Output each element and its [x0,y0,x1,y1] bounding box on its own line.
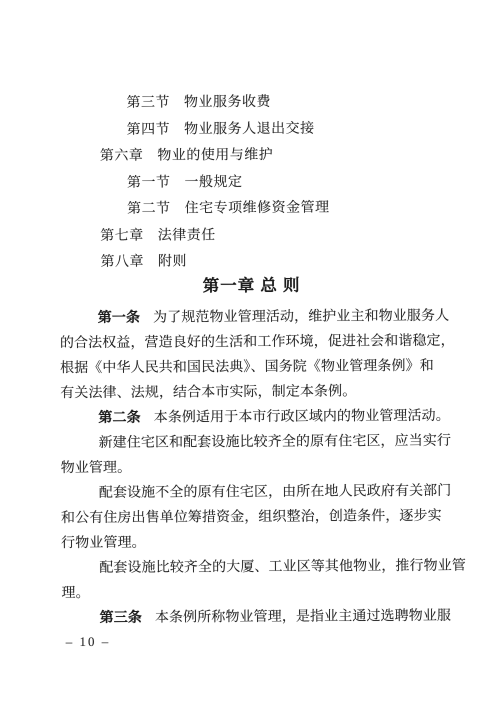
body-line: 第二条本条例适用于本市行政区域内的物业管理活动。 [98,403,444,430]
toc-entry-label: 第一节 [127,175,171,190]
body-line-text: 有关法律、法规，结合本市实际，制定本条例。 [60,384,356,401]
toc-entry-title: 物业服务收费 [184,95,271,111]
toc-entry-label: 第七章 [100,228,144,243]
toc-entry-title: 物业服务人退出交接 [184,121,315,137]
body-line: 配套设施比较齐全的大厦、工业区等其他物业，推行物业管 [99,553,445,580]
body-line: 行物业管理。 [61,528,445,555]
body-line-text: 配套设施比较齐全的大厦、工业区等其他物业，推行物业管 [99,558,466,575]
body-line-text: 本条例适用于本市行政区域内的物业管理活动。 [154,408,450,425]
body-line: 根据《中华人民共和国民法典》、国务院《物业管理条例》和 [60,353,444,380]
toc-entry: 第六章物业的使用与维护 [100,142,443,171]
body-line: 新建住宅区和配套设施比较齐全的原有住宅区，应当实行 [98,428,444,455]
toc-entry: 第七章法律责任 [100,221,443,250]
toc-entry-label: 第四节 [127,122,171,137]
body-line-text: 和公有住房出售单位筹措资金，组织整治，创造条件，逐步实 [61,508,442,525]
toc-entry-label: 第三节 [126,95,170,110]
body-line-text: 物业管理。 [61,460,132,475]
body-line: 物业管理。 [61,453,445,480]
toc-entry-title: 一般规定 [184,175,242,190]
toc-entry-label: 第八章 [100,255,144,270]
body-line-text: 理。 [61,585,89,600]
toc-entry: 第三节物业服务收费 [126,89,442,117]
toc-entry: 第一节一般规定 [127,168,443,196]
body-line-text: 新建住宅区和配套设施比较齐全的原有住宅区，应当实行 [98,433,451,450]
body-line-text: 本条例所称物业管理，是指业主通过选聘物业服 [155,608,451,625]
body-line-text: 根据《中华人民共和国民法典》、国务院《物业管理条例》和 [60,358,434,375]
body-line: 的合法权益，营造良好的生活和工作环境，促进社会和谐稳定， [60,328,444,355]
toc-entry: 第二节住宅专项维修资金管理 [127,195,443,223]
document-page: 第三节物业服务收费 第四节物业服务人退出交接 第六章物业的使用与维护 第一节一般… [0,0,500,707]
body-line: 和公有住房出售单位筹措资金，组织整治，创造条件，逐步实 [61,503,445,530]
body-line: 第三条本条例所称物业管理，是指业主通过选聘物业服 [100,603,446,630]
body-line: 理。 [61,578,445,605]
table-of-contents: 第三节物业服务收费 第四节物业服务人退出交接 第六章物业的使用与维护 第一节一般… [58,89,443,277]
toc-entry-title: 附则 [158,254,187,269]
toc-entry-label: 第二节 [127,201,171,216]
body-line-text: 配套设施不全的原有住宅区，由所在地人民政府有关部门 [99,483,452,500]
body-text: 第一条为了规范物业管理活动，维护业主和物业服务人 的合法权益，营造良好的生活和工… [60,303,446,630]
body-line: 配套设施不全的原有住宅区，由所在地人民政府有关部门 [99,478,445,505]
body-line-text: 的合法权益，营造良好的生活和工作环境，促进社会和谐稳定， [60,333,455,350]
page-number: – 10 – [66,634,111,650]
article-number-label: 第三条 [100,610,142,625]
toc-entry-title: 住宅专项维修资金管理 [185,201,330,217]
body-line: 有关法律、法规，结合本市实际，制定本条例。 [60,378,444,405]
body-line-text: 行物业管理。 [61,535,146,551]
toc-entry-label: 第六章 [100,149,144,164]
text-block: 第三节物业服务收费 第四节物业服务人退出交接 第六章物业的使用与维护 第一节一般… [58,0,446,631]
toc-entry: 第四节物业服务人退出交接 [127,115,443,143]
toc-entry-title: 法律责任 [158,228,216,243]
article-number-label: 第一条 [98,310,140,325]
body-line-text: 为了规范物业管理活动，维护业主和物业服务人 [153,308,449,325]
body-line: 第一条为了规范物业管理活动，维护业主和物业服务人 [98,303,444,330]
article-number-label: 第二条 [98,410,140,425]
toc-entry-title: 物业的使用与维护 [157,148,273,164]
